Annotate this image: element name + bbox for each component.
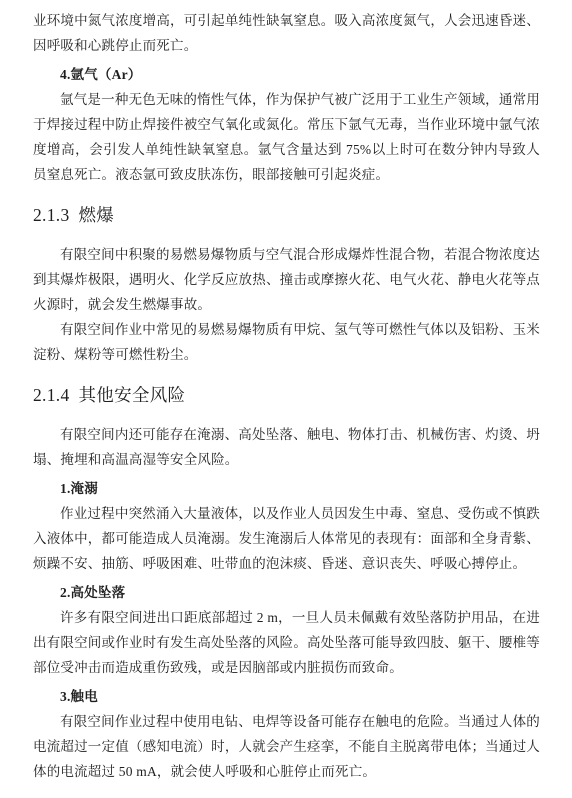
document-content: 业环境中氮气浓度增高，可引起单纯性缺氧窒息。吸入高浓度氮气，人会迅速昏迷、因呼吸… — [33, 8, 540, 784]
paragraph: 氩气是一种无色无味的惰性气体，作为保护气被广泛用于工业生产领域，通常用于焊接过程… — [33, 87, 540, 187]
sub-heading: 3.触电 — [33, 684, 540, 709]
section-heading: 2.1.3燃爆 — [33, 202, 540, 228]
paragraph: 有限空间作业中常见的易燃易爆物质有甲烷、氢气等可燃性气体以及铝粉、玉米淀粉、煤粉… — [33, 317, 540, 367]
section-number: 2.1.3 — [33, 205, 70, 225]
paragraph: 业环境中氮气浓度增高，可引起单纯性缺氧窒息。吸入高浓度氮气，人会迅速昏迷、因呼吸… — [33, 8, 540, 58]
paragraph: 许多有限空间进出口距底部超过 2 m，一旦人员未佩戴有效坠落防护用品，在进出有限… — [33, 605, 540, 680]
sub-heading: 1.淹溺 — [33, 476, 540, 501]
paragraph: 有限空间内还可能存在淹溺、高处坠落、触电、物体打击、机械伤害、灼烫、坍塌、掩埋和… — [33, 422, 540, 472]
sub-heading: 2.高处坠落 — [33, 580, 540, 605]
section-number: 2.1.4 — [33, 385, 70, 405]
sub-heading: 4.氩气（Ar） — [33, 62, 540, 87]
section-heading: 2.1.4其他安全风险 — [33, 382, 540, 408]
paragraph: 有限空间作业过程中使用电钻、电焊等设备可能存在触电的危险。当通过人体的电流超过一… — [33, 709, 540, 784]
paragraph: 有限空间中积聚的易燃易爆物质与空气混合形成爆炸性混合物，若混合物浓度达到其爆炸极… — [33, 242, 540, 317]
paragraph: 作业过程中突然涌入大量液体，以及作业人员因发生中毒、窒息、受伤或不慎跌入液体中，… — [33, 501, 540, 576]
section-title: 燃爆 — [79, 205, 115, 225]
document-page: 业环境中氮气浓度增高，可引起单纯性缺氧窒息。吸入高浓度氮气，人会迅速昏迷、因呼吸… — [0, 0, 572, 798]
section-title: 其他安全风险 — [79, 385, 186, 405]
